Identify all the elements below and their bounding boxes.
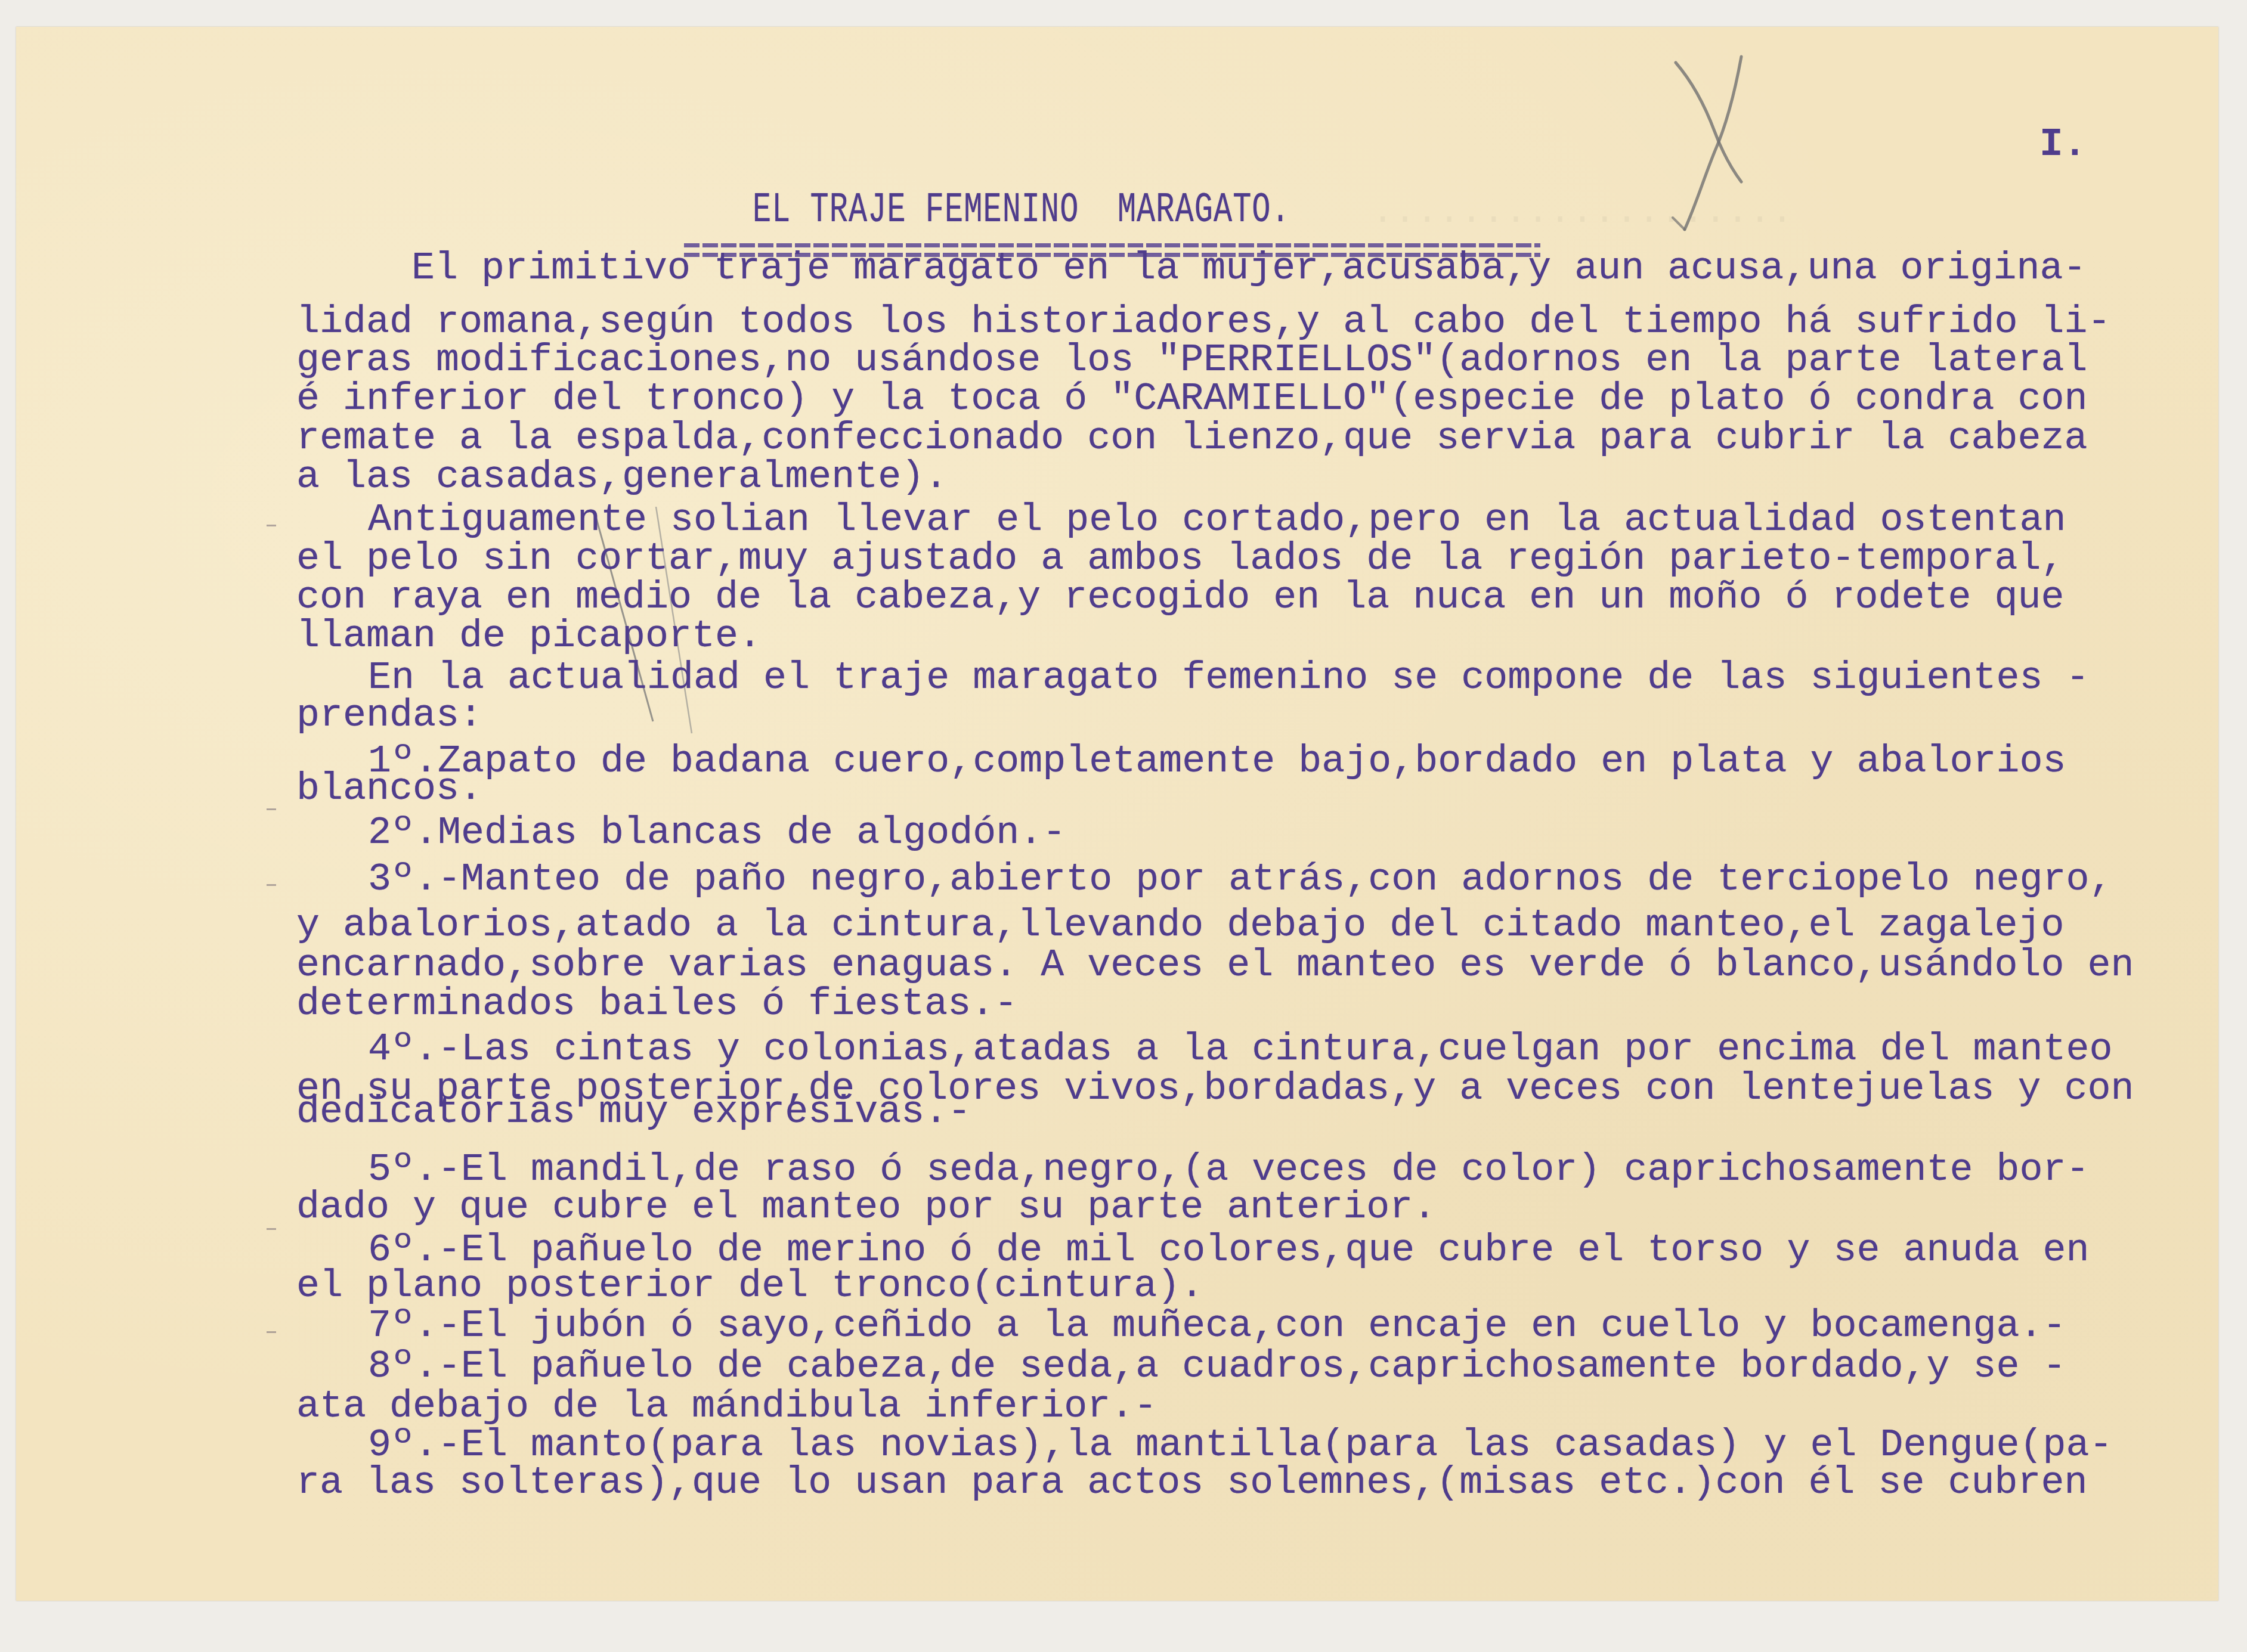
text-line: el plano posterior del tronco(cintura). [296,1267,1203,1306]
document-title: EL TRAJE FEMENINO MARAGATO. [753,190,1290,231]
text-line: blancos. [296,770,482,808]
text-line: encarnado,sobre varias enaguas. A veces … [296,946,2134,985]
text-line: 4º.-Las cintas y colonias,atadas a la ci… [368,1030,2112,1069]
text-line: remate a la espalda,confeccionado con li… [296,419,2088,458]
text-line: é inferior del tronco) y la toca ó "CARA… [296,380,2088,419]
margin-dash [267,525,276,526]
pencil-x-mark-icon [1670,54,1777,233]
margin-dash [267,1331,276,1333]
margin-dash [267,884,276,886]
text-line: con raya en medio de la cabeza,y recogid… [296,578,2064,617]
text-line: dado y que cubre el manteo por su parte … [296,1188,1436,1227]
text-line: 1º.Zapato de badana cuero,completamente … [368,742,2066,781]
text-line: 3º.-Manteo de paño negro,abierto por atr… [368,860,2112,899]
margin-dash [267,808,276,810]
text-line: 5º.-El mandil,de raso ó seda,negro,(a ve… [368,1151,2089,1189]
margin-dash [267,1228,276,1230]
text-line: ra las solteras),que lo usan para actos … [296,1464,2088,1502]
text-line: 9º.-El manto(para las novias),la mantill… [368,1426,2112,1465]
text-line: lidad romana,según todos los historiador… [296,303,2111,342]
text-line: y abalorios,atado a la cintura,llevando … [296,906,2064,945]
text-line: El primitivo traje maragato en la mujer,… [411,249,2086,288]
text-line: Antiguamente solian llevar el pelo corta… [368,501,2066,540]
text-line: 2º.Medias blancas de algodón.- [368,814,1066,853]
text-line: dedicatorias muy expresivas.- [296,1093,971,1132]
page-number: I. [2039,125,2087,165]
text-line: determinados bailes ó fiestas.- [296,985,1017,1024]
text-line: geras modificaciones,no usándose los "PE… [296,341,2088,380]
text-line: 8º.-El pañuelo de cabeza,de seda,a cuadr… [368,1347,2066,1386]
text-line: a las casadas,generalmente). [296,458,948,497]
text-line: el pelo sin cortar,muy ajustado a ambos … [296,540,2064,578]
text-line: En la actualidad el traje maragato femen… [368,659,2089,698]
text-line: 7º.-El jubón ó sayo,ceñido a la muñeca,c… [368,1307,2066,1346]
text-line: prendas: [296,696,482,735]
text-line: llaman de picaporte. [296,617,762,656]
text-line: ata debajo de la mándibula inferior.- [296,1387,1157,1426]
